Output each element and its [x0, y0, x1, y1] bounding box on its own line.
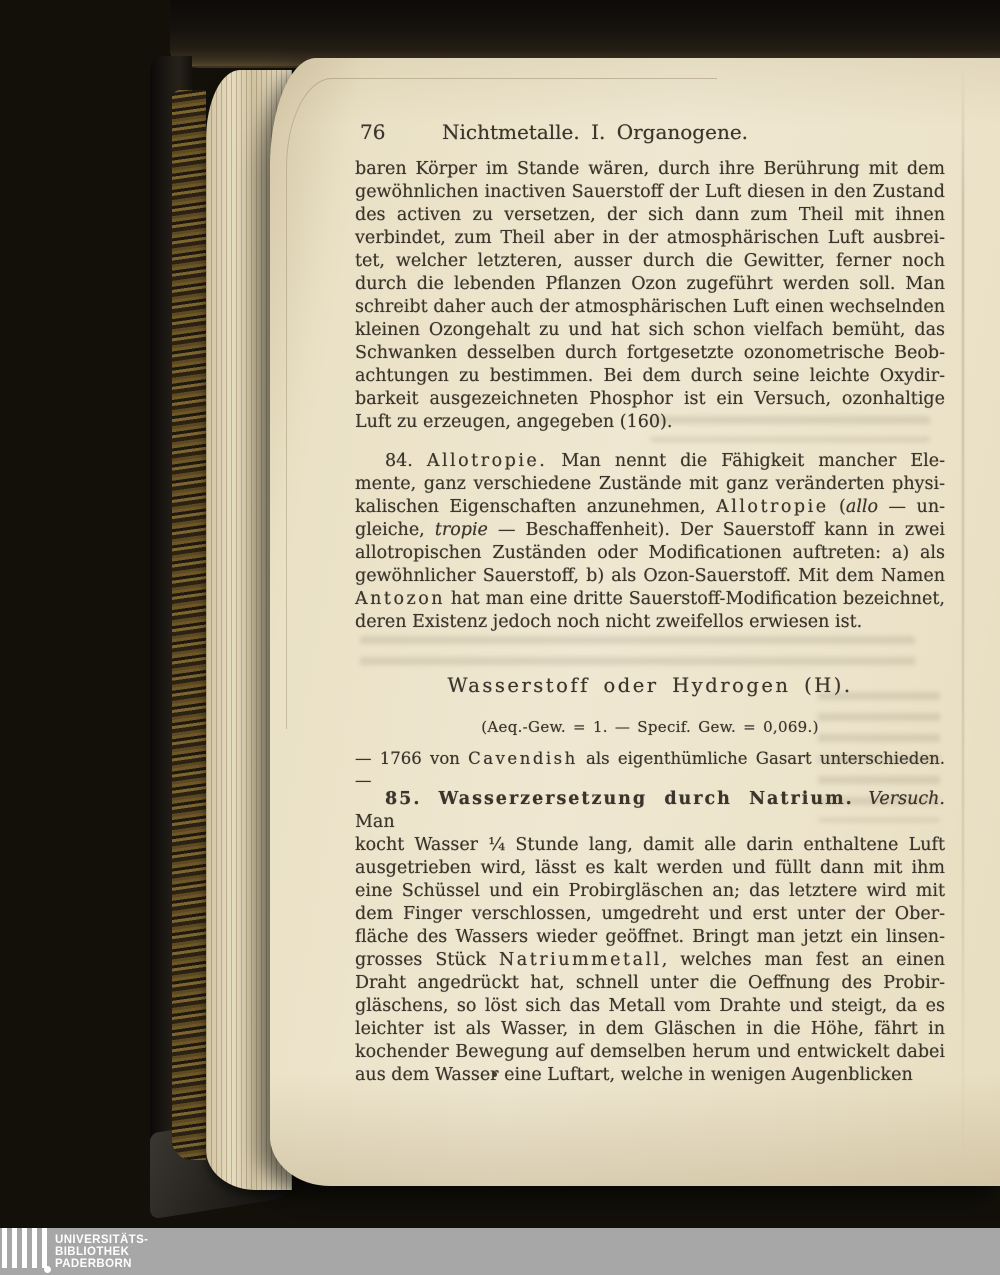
text-run: aus dem Wasser eine Luftart, welche in w…: [355, 1065, 913, 1085]
text-run: gläschens, so löst sich das Metall vom D…: [355, 996, 945, 1016]
text-line: Draht angedrückt hat, schnell unter die …: [355, 972, 945, 995]
text-line: gleiche, tropie — Beschaffenheit). Der S…: [355, 519, 945, 542]
text-line: kleinen Ozongehalt zu und hat sich schon…: [355, 319, 945, 342]
logo-bar: [2, 1228, 7, 1268]
text-run: Man: [355, 812, 395, 832]
text-run: dem Finger verschlossen, umgedreht und e…: [355, 904, 945, 924]
logo-bar: [12, 1228, 17, 1268]
text-line: barkeit ausgezeichneten Phosphor ist ein…: [355, 388, 945, 411]
text-line: kochender Bewegung auf demselben herum u…: [355, 1041, 945, 1064]
text-line: schreibt daher auch der atmosphärischen …: [355, 296, 945, 319]
text-run: gewöhnlicher Sauerstoff, b) als Ozon-Sau…: [355, 566, 945, 586]
text-run: Allotropie.: [427, 451, 548, 471]
text-run: 85. Wasserzersetzung durch Natrium.: [385, 789, 854, 809]
text-run: Luft zu erzeugen, angegeben (160).: [355, 412, 672, 432]
logo-bar: [22, 1228, 27, 1268]
text-run: (: [829, 497, 846, 517]
text-line: kalischen Eigenschaften anzunehmen, Allo…: [355, 496, 945, 519]
library-name-line: BIBLIOTHEK: [55, 1247, 148, 1259]
text-line: aus dem Wasser eine Luftart, welche in w…: [355, 1064, 945, 1087]
section-subtitle: (Aeq.-Gew. = 1. — Specif. Gew. = 0,069.): [355, 718, 945, 736]
text-run: kochender Bewegung auf demselben herum u…: [355, 1042, 945, 1062]
text-line: 85. Wasserzersetzung durch Natrium. Vers…: [355, 788, 945, 834]
text-run: achtungen zu bestimmen. Bei dem durch se…: [355, 366, 945, 386]
text-run: 84.: [385, 451, 427, 471]
text-run: Natriummetall: [499, 950, 662, 970]
text-line: des activen zu versetzen, der sich dann …: [355, 204, 945, 227]
text-run: — 1766 von: [355, 749, 468, 768]
section-history-note: — 1766 von Cavendish als eigenthümliche …: [355, 748, 945, 792]
text-run: deren Existenz jedoch noch nicht zweifel…: [355, 612, 862, 632]
text-run: tropie: [435, 520, 488, 540]
text-run: Draht angedrückt hat, schnell unter die …: [355, 973, 945, 993]
text-line: verbindet, zum Theil aber in der atmosph…: [355, 227, 945, 250]
text-run: Schwanken desselben durch fortgesetzte o…: [355, 343, 945, 363]
text-run: leichter ist als Wasser, in dem Gläschen…: [355, 1019, 945, 1039]
text-run: durch die lebenden Pflanzen Ozon zugefüh…: [355, 274, 945, 294]
text-run: Man nennt die Fähigkeit mancher Ele-: [547, 451, 945, 471]
text-line: — 1766 von Cavendish als eigenthümliche …: [355, 748, 945, 792]
text-run: hat man eine dritte Sauerstoff-Modificat…: [445, 589, 945, 609]
paragraph-84-allotropie: 84. Allotropie. Man nennt die Fähigkeit …: [355, 450, 945, 634]
text-run: ausgetrieben wird, lässt es kalt werden …: [355, 858, 945, 878]
logo-dot: [44, 1266, 51, 1273]
text-line: grosses Stück Natriummetall, welches man…: [355, 949, 945, 972]
text-run: fläche des Wassers wieder geöffnet. Brin…: [355, 927, 945, 947]
text-run: Allotropie: [716, 497, 828, 517]
text-run: — Beschaffenheit). Der Sauerstoff kann i…: [488, 520, 945, 540]
text-run: schreibt daher auch der atmosphärischen …: [355, 297, 945, 317]
marbled-page-fore-edge: [172, 90, 206, 1160]
text-line: durch die lebenden Pflanzen Ozon zugefüh…: [355, 273, 945, 296]
text-line: kocht Wasser ¼ Stunde lang, damit alle d…: [355, 834, 945, 857]
text-line: 84. Allotropie. Man nennt die Fähigkeit …: [355, 450, 945, 473]
paragraph-ozone-continuation: baren Körper im Stande wären, durch ihre…: [355, 158, 945, 434]
text-run: , welches man fest an einen: [662, 950, 945, 970]
library-name-line: PADERBORN: [55, 1259, 148, 1271]
page-crease-line: [962, 66, 964, 1170]
text-run: Antozon: [355, 589, 445, 609]
text-run: grosses Stück: [355, 950, 499, 970]
text-run: barkeit ausgezeichneten Phosphor ist ein…: [355, 389, 945, 409]
text-line: mente, ganz verschiedene Zustände mit ga…: [355, 473, 945, 496]
text-run: gewöhnlichen inactiven Sauerstoff der Lu…: [355, 182, 945, 202]
logo-bar: [32, 1228, 37, 1268]
text-line: eine Schüssel und ein Probirgläschen an;…: [355, 880, 945, 903]
text-line: gewöhnlicher Sauerstoff, b) als Ozon-Sau…: [355, 565, 945, 588]
text-line: fläche des Wassers wieder geöffnet. Brin…: [355, 926, 945, 949]
text-line: allotropischen Zuständen oder Modificati…: [355, 542, 945, 565]
page-number: 76: [360, 120, 385, 144]
text-line: gewöhnlichen inactiven Sauerstoff der Lu…: [355, 181, 945, 204]
page-header: Nichtmetalle. I. Organogene. 76: [355, 120, 945, 146]
text-line: gläschens, so löst sich das Metall vom D…: [355, 995, 945, 1018]
text-line: baren Körper im Stande wären, durch ihre…: [355, 158, 945, 181]
running-header: Nichtmetalle. I. Organogene.: [355, 120, 835, 144]
text-line: deren Existenz jedoch noch nicht zweifel…: [355, 611, 945, 634]
text-run: allo: [846, 497, 878, 517]
text-run: [854, 789, 869, 809]
library-footer-bar: UNIVERSITÄTS- BIBLIOTHEK PADERBORN: [0, 1228, 1000, 1275]
text-line: Luft zu erzeugen, angegeben (160).: [355, 411, 945, 434]
text-run: Cavendish: [468, 749, 578, 768]
text-run: kalischen Eigenschaften anzunehmen,: [355, 497, 716, 517]
text-line: Antozon hat man eine dritte Sauerstoff-M…: [355, 588, 945, 611]
scanned-book-photo: Nichtmetalle. I. Organogene. 76 baren Kö…: [0, 0, 1000, 1275]
text-line: tet, welcher letzteren, ausser durch die…: [355, 250, 945, 273]
text-run: mente, ganz verschiedene Zustände mit ga…: [355, 474, 945, 494]
book-page: Nichtmetalle. I. Organogene. 76 baren Kö…: [270, 58, 1000, 1186]
text-run: gleiche,: [355, 520, 435, 540]
text-run: eine Schüssel und ein Probirgläschen an;…: [355, 881, 945, 901]
library-name: UNIVERSITÄTS- BIBLIOTHEK PADERBORN: [55, 1235, 148, 1270]
text-run: — un-: [878, 497, 945, 517]
text-run: verbindet, zum Theil aber in der atmosph…: [355, 228, 945, 248]
text-line: leichter ist als Wasser, in dem Gläschen…: [355, 1018, 945, 1041]
text-run: kocht Wasser ¼ Stunde lang, damit alle d…: [355, 835, 945, 855]
text-column: Nichtmetalle. I. Organogene. 76 baren Kö…: [355, 58, 945, 1186]
text-line: Schwanken desselben durch fortgesetzte o…: [355, 342, 945, 365]
paragraph-85-wasserzersetzung: 85. Wasserzersetzung durch Natrium. Vers…: [355, 788, 945, 1087]
text-line: dem Finger verschlossen, umgedreht und e…: [355, 903, 945, 926]
text-run: baren Körper im Stande wären, durch ihre…: [355, 159, 945, 179]
text-run: tet, welcher letzteren, ausser durch die…: [355, 251, 945, 271]
text-run: kleinen Ozongehalt zu und hat sich schon…: [355, 320, 945, 340]
section-title: Wasserstoff oder Hydrogen (H).: [355, 674, 945, 697]
text-run: allotropischen Zuständen oder Modificati…: [355, 543, 945, 563]
ub-paderborn-logo-icon: [2, 1228, 54, 1275]
text-run: Versuch.: [868, 789, 945, 809]
text-line: ausgetrieben wird, lässt es kalt werden …: [355, 857, 945, 880]
logo-bar: [42, 1228, 47, 1268]
text-line: achtungen zu bestimmen. Bei dem durch se…: [355, 365, 945, 388]
text-run: des activen zu versetzen, der sich dann …: [355, 205, 945, 225]
